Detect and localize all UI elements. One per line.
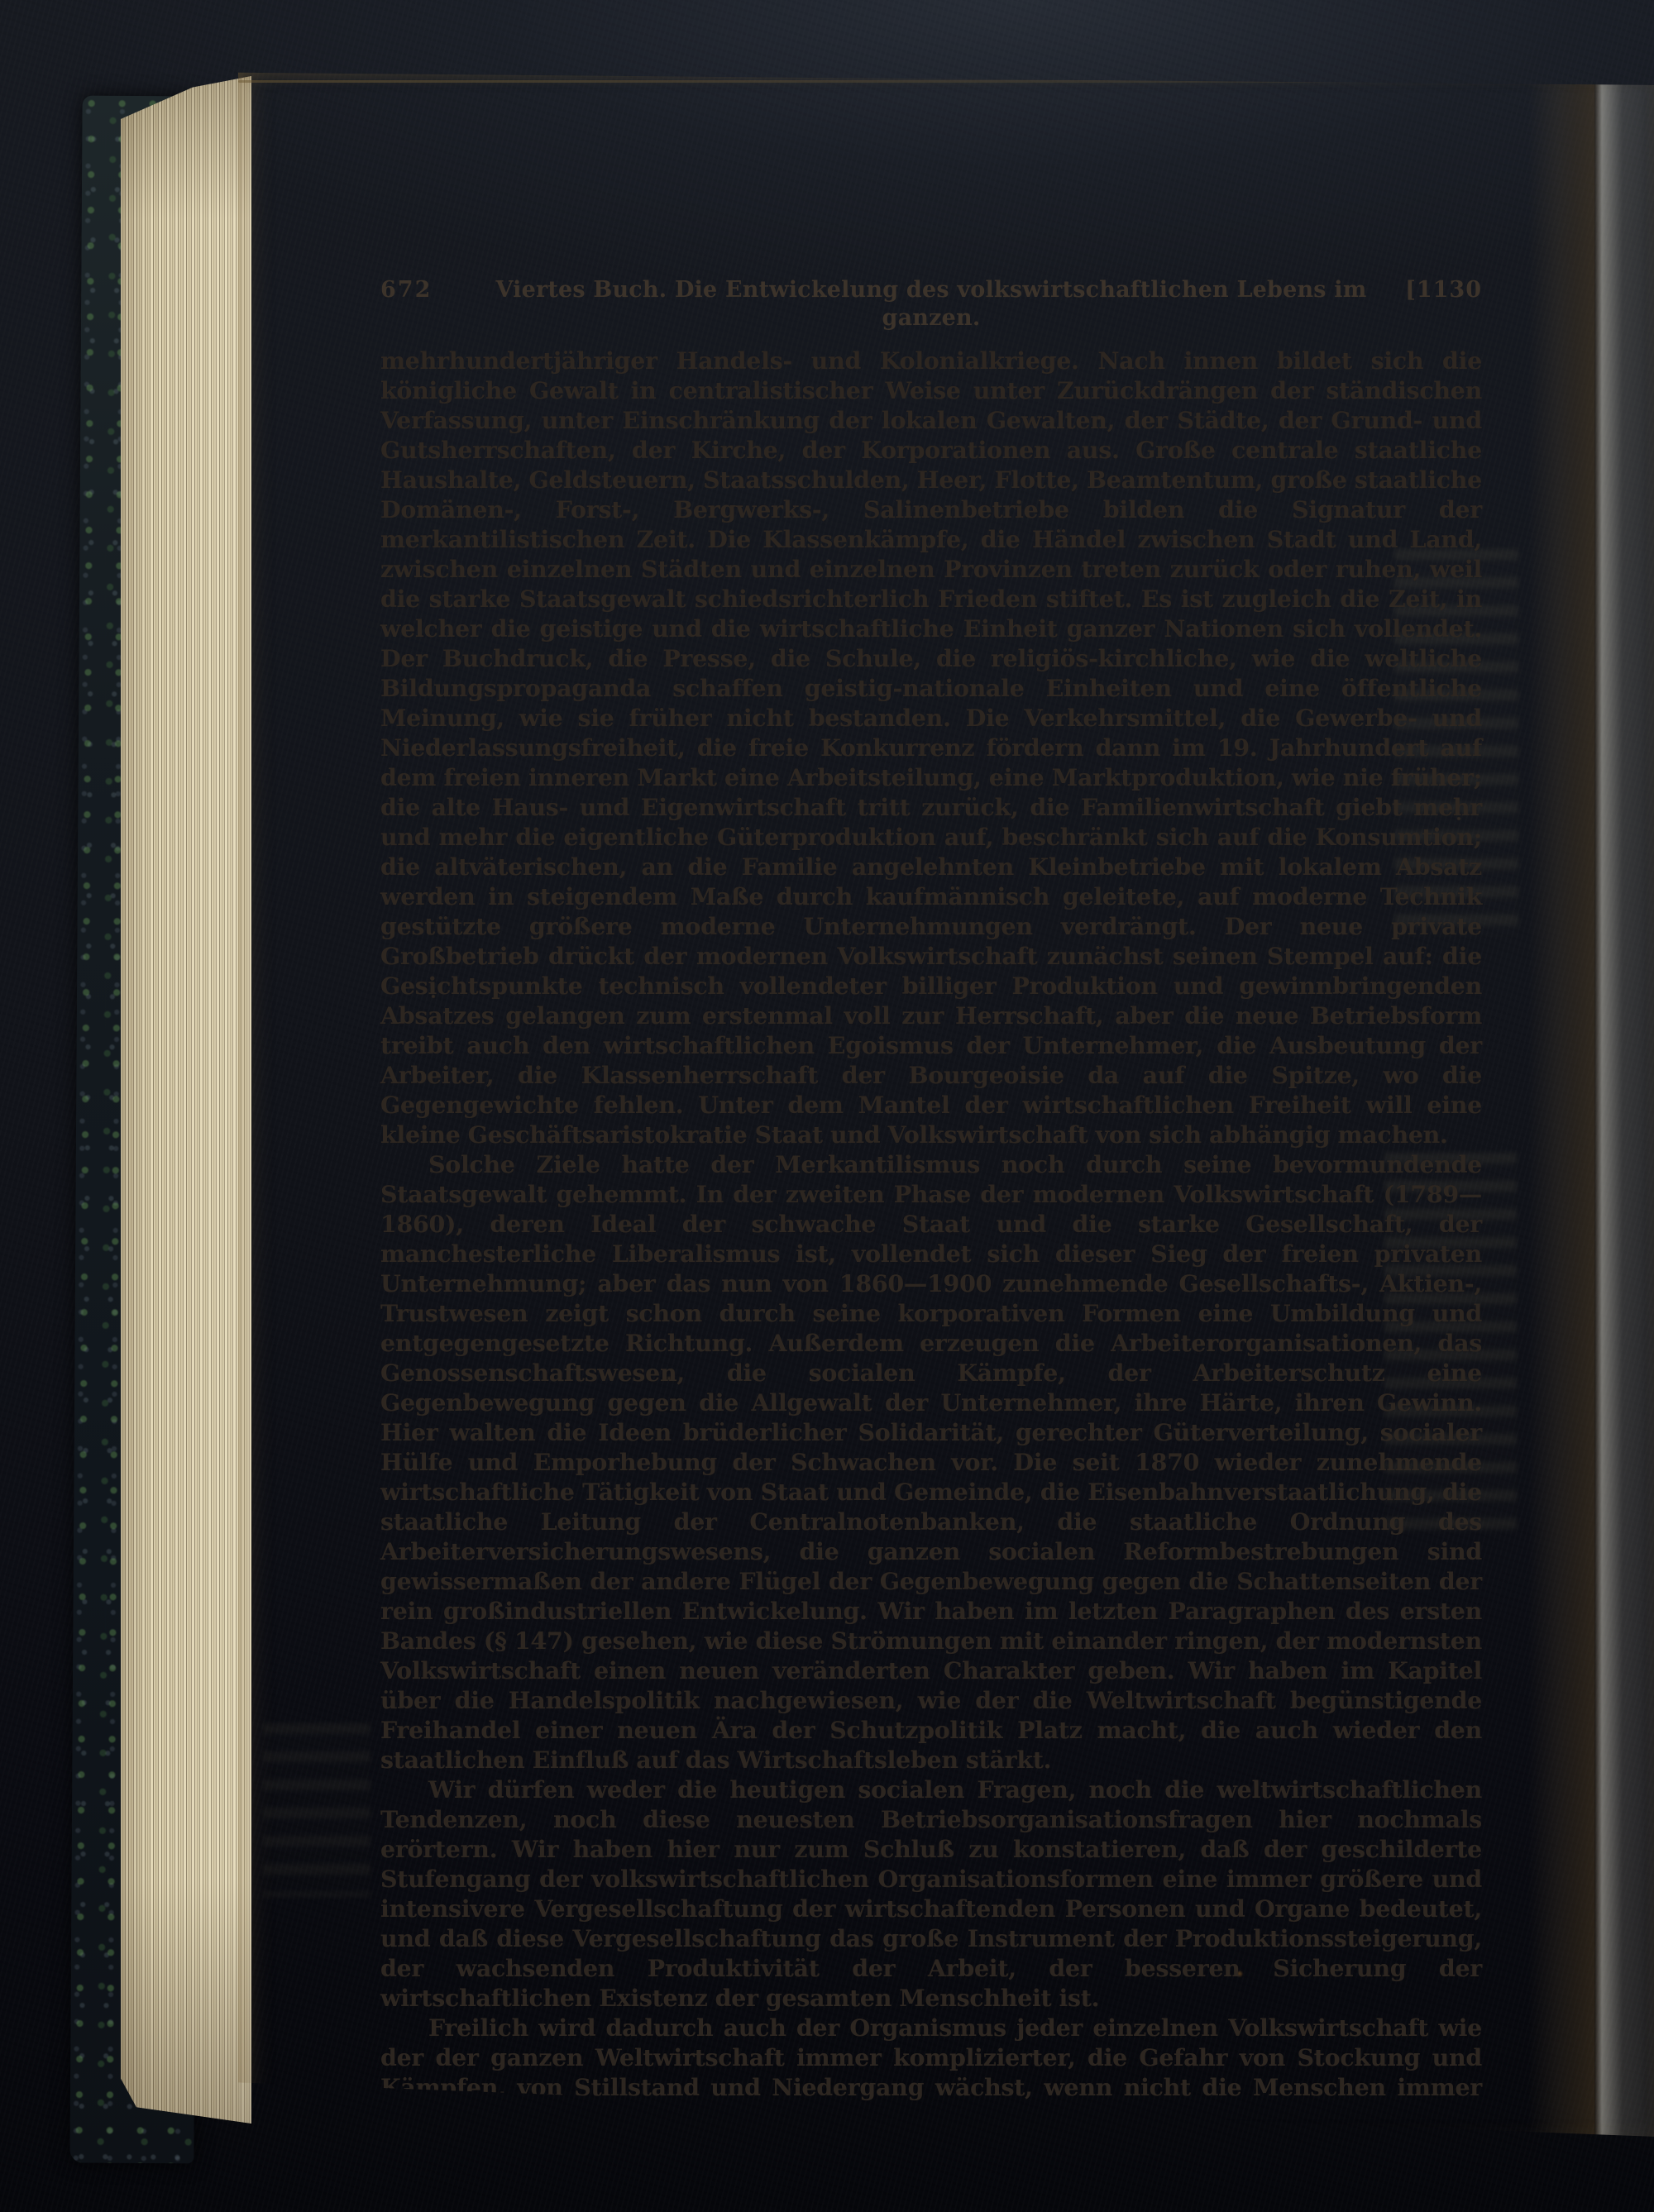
page-fore-edge-stack	[121, 76, 251, 2124]
page-edge-shading	[238, 69, 1654, 2153]
book-photograph: 672 Viertes Buch. Die Entwickelung des v…	[0, 0, 1654, 2212]
book-page: 672 Viertes Buch. Die Entwickelung des v…	[238, 69, 1654, 2153]
